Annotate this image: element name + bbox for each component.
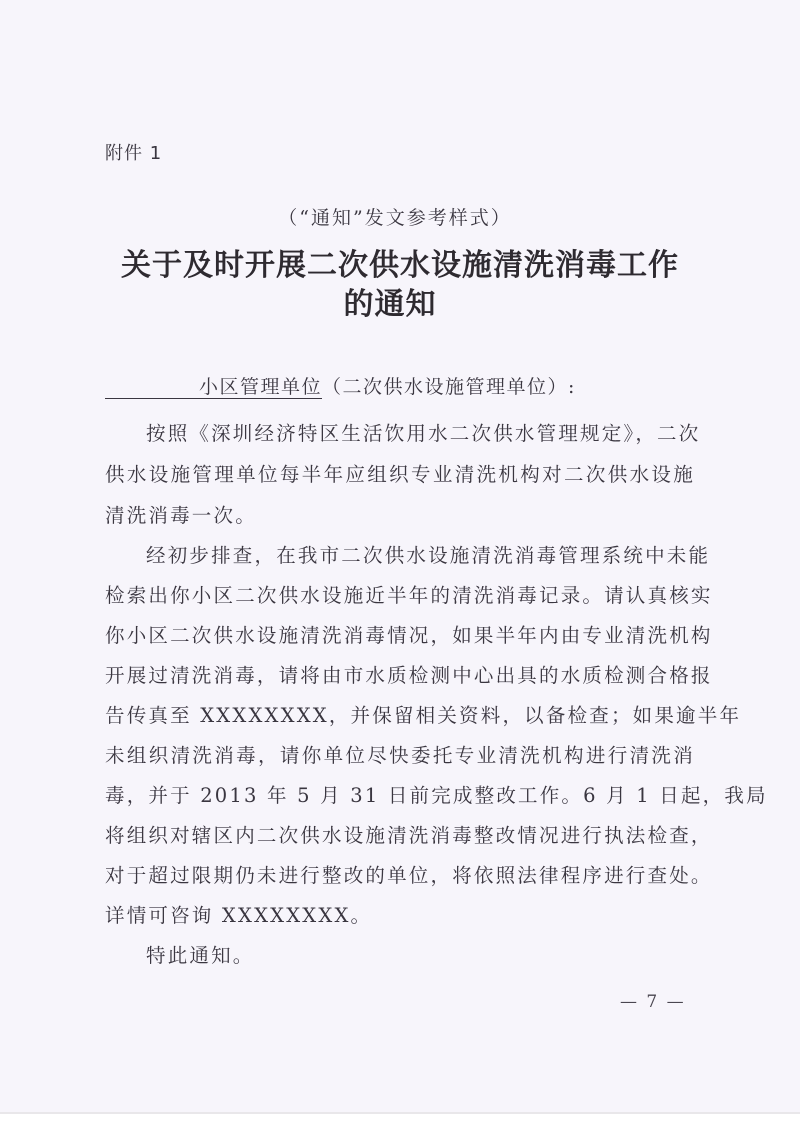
- document-subtitle: （“通知”发文参考样式）: [0, 203, 800, 230]
- document-page: 附件 1 （“通知”发文参考样式） 关于及时开展二次供水设施清洗消毒工作 的通知…: [0, 0, 800, 1112]
- addressee-underlined-text: 小区管理单位: [199, 376, 322, 399]
- paragraph-2-line: 未组织清洗消毒，请你单位尽快委托专业清洗机构进行清洗消: [105, 740, 695, 768]
- paragraph-2-line: 经初步排查，在我市二次供水设施清洗消毒管理系统中未能: [146, 540, 695, 568]
- attachment-label: 附件 1: [105, 139, 162, 165]
- addressee-rest-text: （二次供水设施管理单位）:: [322, 376, 576, 398]
- paragraph-2-line: 开展过清洗消毒，请将由市水质检测中心出具的水质检测合格报: [105, 660, 695, 688]
- page-edge: [0, 1112, 800, 1114]
- closing-text: 特此通知。: [146, 940, 695, 968]
- paragraph-1-line: 按照《深圳经济特区生活饮用水二次供水管理规定》，二次: [146, 418, 695, 446]
- document-title-line-2: 的通知: [0, 279, 800, 323]
- addressee-line: 小区管理单位（二次供水设施管理单位）:: [105, 372, 576, 399]
- paragraph-2-line: 详情可咨询 XXXXXXXX。: [105, 900, 695, 928]
- paragraph-2-line: 你小区二次供水设施清洗消毒情况，如果半年内由专业清洗机构: [105, 620, 695, 648]
- paragraph-2-line: 毒，并于 2013 年 5 月 31 日前完成整改工作。6 月 1 日起，我局: [105, 780, 695, 808]
- paragraph-2-line: 对于超过限期仍未进行整改的单位，将依照法律程序进行查处。: [105, 860, 695, 888]
- page-number: — 7 —: [620, 992, 686, 1012]
- paragraph-1-line: 清洗消毒一次。: [105, 500, 695, 528]
- addressee-blank-field: [105, 378, 199, 399]
- paragraph-1-line: 供水设施管理单位每半年应组织专业清洗机构对二次供水设施: [105, 459, 695, 487]
- document-title-line-1: 关于及时开展二次供水设施清洗消毒工作: [0, 240, 800, 284]
- paragraph-2-line: 检索出你小区二次供水设施近半年的清洗消毒记录。请认真核实: [105, 580, 695, 608]
- paragraph-2-line: 告传真至 XXXXXXXX，并保留相关资料，以备检查；如果逾半年: [105, 700, 695, 728]
- paragraph-2-line: 将组织对辖区内二次供水设施清洗消毒整改情况进行执法检查，: [105, 820, 695, 848]
